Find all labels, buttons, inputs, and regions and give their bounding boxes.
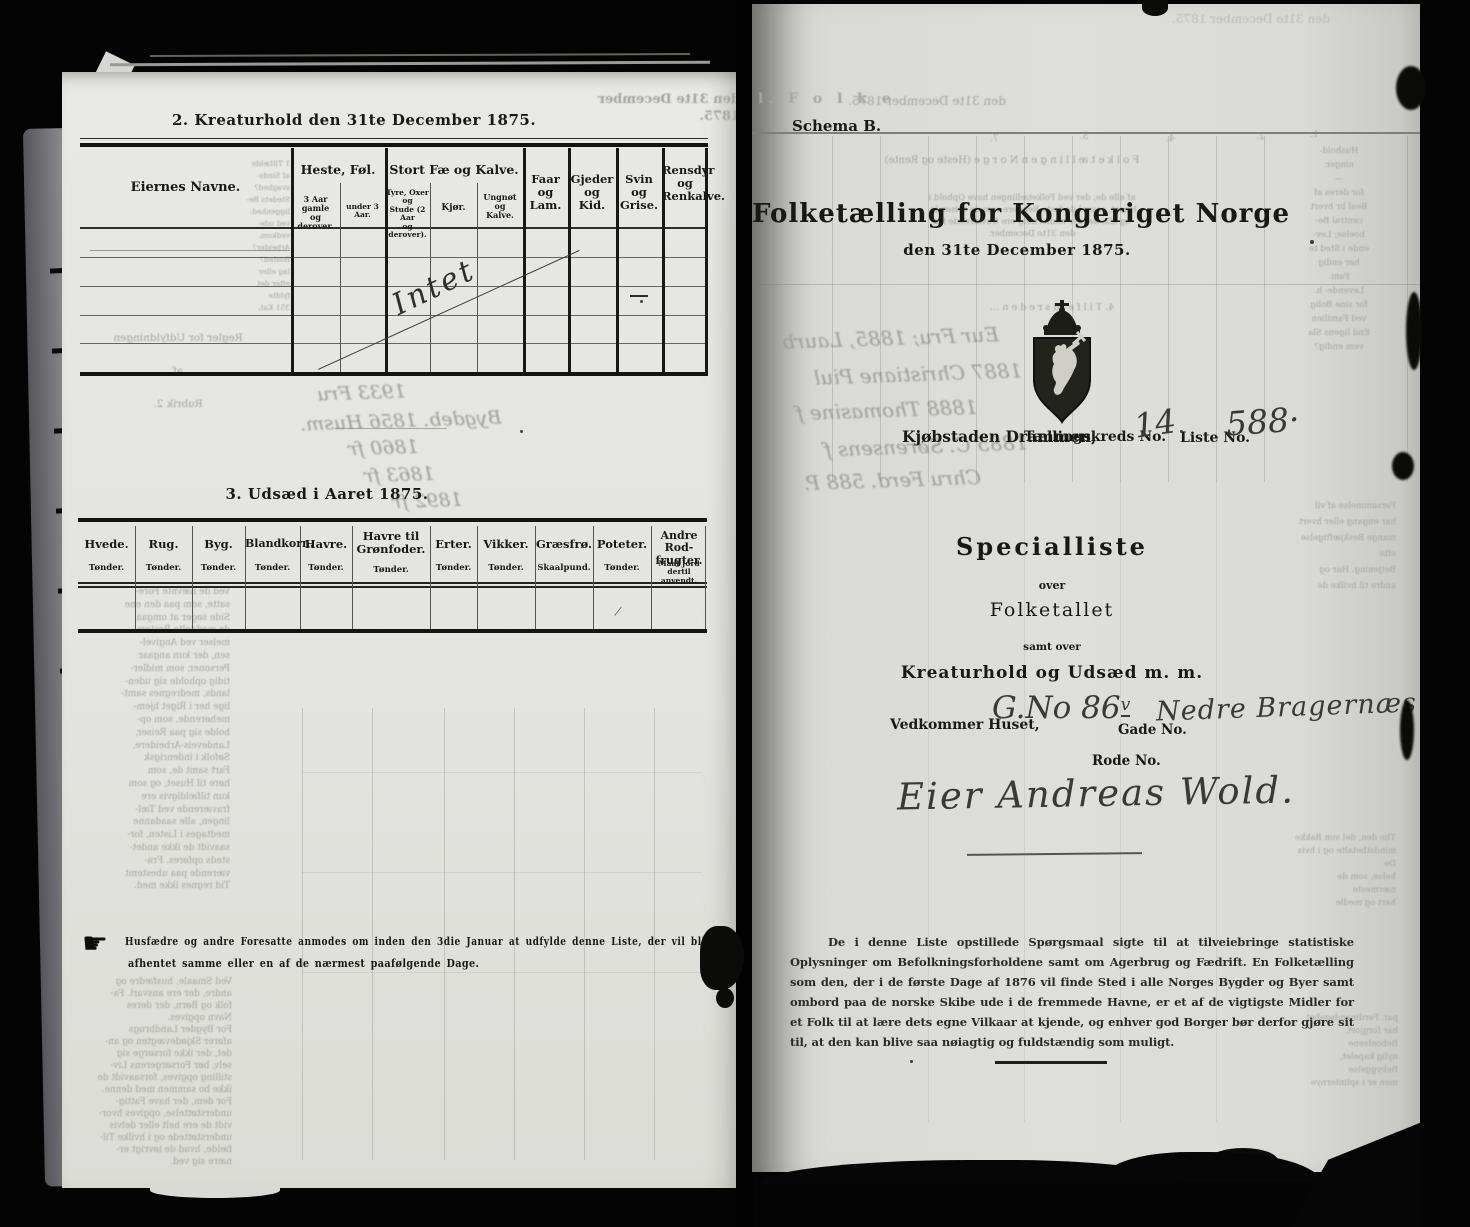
page-edge-mark (1142, 0, 1168, 16)
bleedthrough-paragraph: Ved Smaale, husfædre og andre, der ere a… (82, 976, 232, 1168)
seed-col-unit: Tønder. (430, 564, 477, 574)
seed-col-name: Havre til Grønfoder. (352, 530, 430, 556)
grid-line (80, 257, 708, 258)
seed-col-unit: Maal Jord dertil anvendt. (651, 560, 707, 585)
livestock-table: Eiernes Navne. Heste, Føl. 3 Aar gamle o… (80, 143, 708, 376)
bleed-grid-line (302, 772, 702, 773)
seed-col-name: Blandkorn. (245, 538, 300, 550)
column-header-goats: Gjeder og Kid. (568, 173, 616, 212)
bleedthrough-handwriting: Bygdeb. 1856 Husm. (300, 406, 502, 435)
left-page: den 31te December 1875. 1 Tilfælde af Si… (62, 72, 740, 1188)
book-gutter (736, 0, 753, 1227)
bleed-grid-line (302, 872, 702, 873)
column-sub-bulls: Tyre, Oxer og Stude (2 Aar og derover). (385, 189, 430, 239)
right-page: l. F o l k e den 31te December 1875. den… (752, 4, 1420, 1172)
table-border (78, 629, 707, 633)
speck (640, 300, 643, 303)
pointing-hand-icon: ☛ (82, 926, 108, 960)
column-sub-cows: Kjør. (430, 203, 477, 213)
bleed-digit: 7. (990, 134, 999, 146)
kreaturhold-label: Kreaturhold og Udsæd m. m. (847, 664, 1257, 683)
seed-col-unit: Skaalpund. (535, 564, 593, 574)
seed-col-name: Hvede. (78, 538, 135, 551)
grid-line (78, 582, 707, 584)
bleed-grid-line (514, 708, 515, 1160)
seed-col-unit: Tønder. (135, 564, 192, 574)
folketallet-label: Folketallet (847, 600, 1257, 621)
list-number-handwritten: 588· (1225, 399, 1301, 443)
bleedthrough-handwriting: 1888 Thomasine f (796, 395, 978, 425)
seed-col-name: Byg. (192, 538, 245, 551)
seed-col-unit: Tønder. (78, 564, 135, 574)
seed-col-name: Vikker. (477, 538, 535, 551)
table-border (80, 372, 708, 376)
page-edge-mark (1400, 700, 1414, 760)
footer-note-line2: afhentet samme eller en af de nærmest pa… (128, 958, 479, 970)
column-group-cattle: Stort Fæ og Kalve. (385, 163, 523, 177)
bleedthrough-handwriting: 1887 Christiane Piul (814, 358, 1023, 389)
page-stack-edge (150, 53, 690, 57)
speck (520, 430, 523, 433)
bleed-grid-line (752, 284, 1420, 285)
census-scan-spread: den 31te December 1875. 1 Tilfælde af Si… (0, 0, 1470, 1227)
seed-col-unit: Tønder. (477, 564, 535, 574)
bleed-grid-line (372, 708, 373, 1160)
speck (910, 1060, 913, 1063)
bleedthrough-handwriting: 1933 Fru (317, 380, 407, 405)
footer-note-line1: Husfædre og andre Foresatte anmodes om i… (125, 936, 718, 948)
house-number-handwritten: G.No 86v (992, 690, 1130, 726)
samt-over-label: samt over (847, 642, 1257, 654)
ink-blot (716, 988, 734, 1008)
page-stack-edge (110, 61, 710, 67)
seed-col-name: Erter. (430, 538, 477, 551)
seed-table: Hvede. Rug. Byg. Blandkorn. Havre. Havre… (78, 518, 707, 633)
seed-col-name: Græsfrø. (535, 538, 593, 551)
grid-line (78, 586, 707, 588)
grid-line (80, 315, 708, 316)
printed-rule (995, 1061, 1107, 1064)
bleedthrough-handwriting: 1863 fr (364, 463, 435, 487)
instruction-paragraph: De i denne Liste opstillede Spørgsmaal s… (790, 932, 1354, 1052)
bleed-grid-line (654, 708, 655, 1160)
district-number-handwritten: 14 (1131, 401, 1178, 445)
seed-table-title: 3. Udsæd i Aaret 1875. (172, 486, 482, 503)
column-header-sheep: Faar og Lam. (523, 173, 568, 212)
seed-col-unit: Tønder. (300, 564, 352, 574)
bleedthrough-handwriting: Eur Fru; 1885, Laurb (782, 322, 1000, 354)
bleedthrough-column: The den, del von Bakke mindstbetalte og … (1292, 832, 1396, 910)
bleed-grid-line (832, 136, 833, 482)
owner-signature-handwritten: Eier Andreas Wold. (897, 769, 1296, 819)
coat-of-arms-icon (1026, 300, 1098, 426)
table-border (80, 138, 708, 139)
page-edge-mark (1392, 452, 1414, 480)
grid-line (80, 343, 708, 344)
bleedthrough-handwriting: 1860 fr (348, 436, 419, 460)
bleedthrough-date: den 31te December 1875. (1172, 12, 1330, 28)
column-sub-horses-older: 3 Aar gamle og derover. (291, 195, 340, 231)
page-title: Folketælling for Kongeriget Norge (752, 200, 1282, 229)
house-number-value: G.No 86 (992, 690, 1121, 726)
bleedthrough-column: Førsammelse af vil har engang eller hver… (1290, 498, 1396, 594)
signature-underline (967, 852, 1142, 856)
seed-col-name: Poteter. (593, 538, 651, 551)
column-header-pigs: Svin og Grise. (616, 173, 662, 212)
bleedthrough-line: F o l k e t æ l l i n g e n N o r g e (H… (842, 154, 1182, 167)
over-label: over (847, 580, 1257, 592)
bleedthrough-date: den 31te December 1875. (562, 92, 740, 126)
bleedthrough-column: Hushold- ninger. — for deres af Beal br … (1284, 144, 1394, 354)
house-number-sup: v (1121, 695, 1131, 717)
street-name-handwritten: Nedre Bragernæs (1156, 687, 1418, 727)
special-list-heading: Specialliste (847, 534, 1257, 561)
seed-col-name: Rug. (135, 538, 192, 551)
faint-stroke (335, 428, 447, 429)
column-header-owner: Eiernes Navne. (80, 181, 291, 196)
printed-rule (752, 132, 1420, 134)
seed-col-unit: Tønder. (245, 564, 300, 574)
column-sub-horses-younger: under 3 Aar. (340, 203, 385, 220)
handwritten-dash (630, 295, 648, 297)
bleedthrough-date: den 31te December 1875. (848, 94, 1006, 110)
column-header-reindeer: Rensdyr og Renkalve. (662, 164, 708, 203)
table-border (80, 143, 708, 147)
grid-line (291, 148, 294, 372)
speck (1310, 240, 1314, 244)
column-group-horses: Heste, Føl. (291, 163, 385, 177)
speck (1180, 430, 1183, 433)
seed-col-unit: Tønder. (593, 564, 651, 574)
bleed-grid-line (302, 708, 303, 1160)
rode-label: Rode No. (1092, 754, 1161, 769)
page-edge-mark (1406, 292, 1422, 370)
seed-col-unit: Tønder. (352, 566, 430, 576)
page-bottom-bump (150, 1184, 280, 1198)
grid-line (90, 250, 290, 251)
bleed-grid-line (584, 708, 585, 1160)
bleed-grid-line (444, 708, 445, 1160)
table-border (78, 518, 707, 522)
livestock-table-title: 2. Kreaturhold den 31te December 1875. (172, 112, 492, 129)
page-edge-mark (1396, 66, 1426, 110)
bleed-grid-line (880, 136, 881, 482)
column-sub-calves: Ungnøt og Kalve. (477, 193, 523, 220)
bleedthrough-handwriting: Chru Ferd. 588 P. (804, 465, 982, 495)
pencil-tick: ∕ (615, 604, 621, 618)
seed-col-unit: Tønder. (192, 564, 245, 574)
seed-col-name: Havre. (300, 538, 352, 551)
page-subtitle: den 31te December 1875. (752, 242, 1282, 259)
bleed-grid-line (302, 972, 702, 973)
